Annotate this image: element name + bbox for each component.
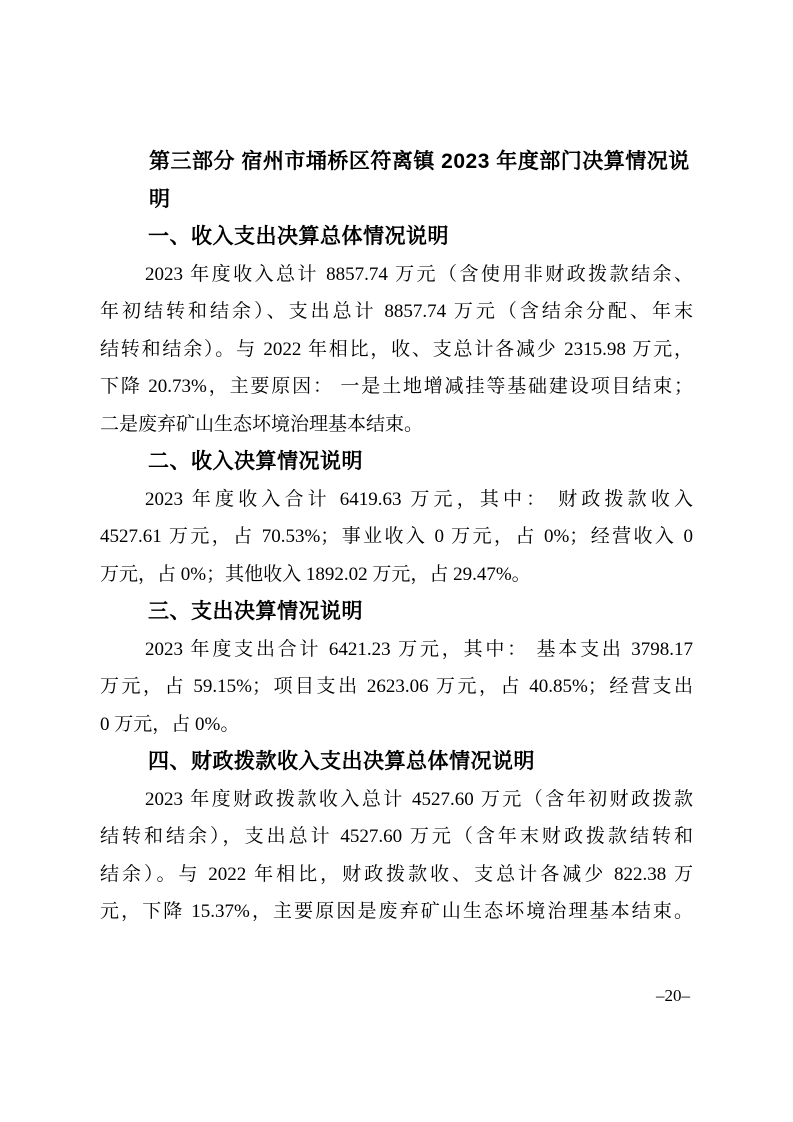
document-page: 第三部分 宿州市埇桥区符离镇 2023 年度部门决算情况说明 一、收入支出决算总… <box>0 0 793 1122</box>
paragraph-line: 结转和结余），支出总计 4527.60 万元（含年末财政拨款结转和 <box>100 818 693 856</box>
section-4-heading: 四、财政拨款收入支出决算总体情况说明 <box>100 743 693 781</box>
section-1-heading: 一、收入支出决算总体情况说明 <box>100 218 693 256</box>
paragraph-line: 万元，占 0%；其他收入 1892.02 万元，占 29.47%。 <box>100 556 693 594</box>
page-number: –20– <box>656 984 690 1008</box>
paragraph-line: 2023 年度支出合计 6421.23 万元，其中： 基本支出 3798.17 <box>100 631 693 669</box>
paragraph-line: 0 万元，占 0%。 <box>100 706 693 744</box>
paragraph-line: 年初结转和结余）、支出总计 8857.74 万元（含结余分配、年末 <box>100 293 693 331</box>
document-title: 第三部分 宿州市埇桥区符离镇 2023 年度部门决算情况说明 <box>100 143 693 218</box>
document-body: 第三部分 宿州市埇桥区符离镇 2023 年度部门决算情况说明 一、收入支出决算总… <box>100 143 693 931</box>
section-3-heading: 三、支出决算情况说明 <box>100 593 693 631</box>
paragraph-line: 2023 年度财政拨款收入总计 4527.60 万元（含年初财政拨款 <box>100 781 693 819</box>
paragraph-line: 2023 年度收入合计 6419.63 万元，其中： 财政拨款收入 <box>100 481 693 519</box>
paragraph-line: 结转和结余）。与 2022 年相比，收、支总计各减少 2315.98 万元， <box>100 331 693 369</box>
paragraph-line: 万元，占 59.15%；项目支出 2623.06 万元，占 40.85%；经营支… <box>100 668 693 706</box>
section-2-heading: 二、收入决算情况说明 <box>100 443 693 481</box>
paragraph-line: 4527.61 万元，占 70.53%；事业收入 0 万元，占 0%；经营收入 … <box>100 518 693 556</box>
paragraph-line: 2023 年度收入总计 8857.74 万元（含使用非财政拨款结余、 <box>100 256 693 294</box>
paragraph-line: 二是废弃矿山生态坏境治理基本结束。 <box>100 406 693 444</box>
paragraph-line: 结余）。与 2022 年相比，财政拨款收、支总计各减少 822.38 万 <box>100 856 693 894</box>
paragraph-line: 元，下降 15.37%，主要原因是废弃矿山生态坏境治理基本结束。 <box>100 893 693 931</box>
paragraph-line: 下降 20.73%，主要原因： 一是土地增减挂等基础建设项目结束； <box>100 368 693 406</box>
